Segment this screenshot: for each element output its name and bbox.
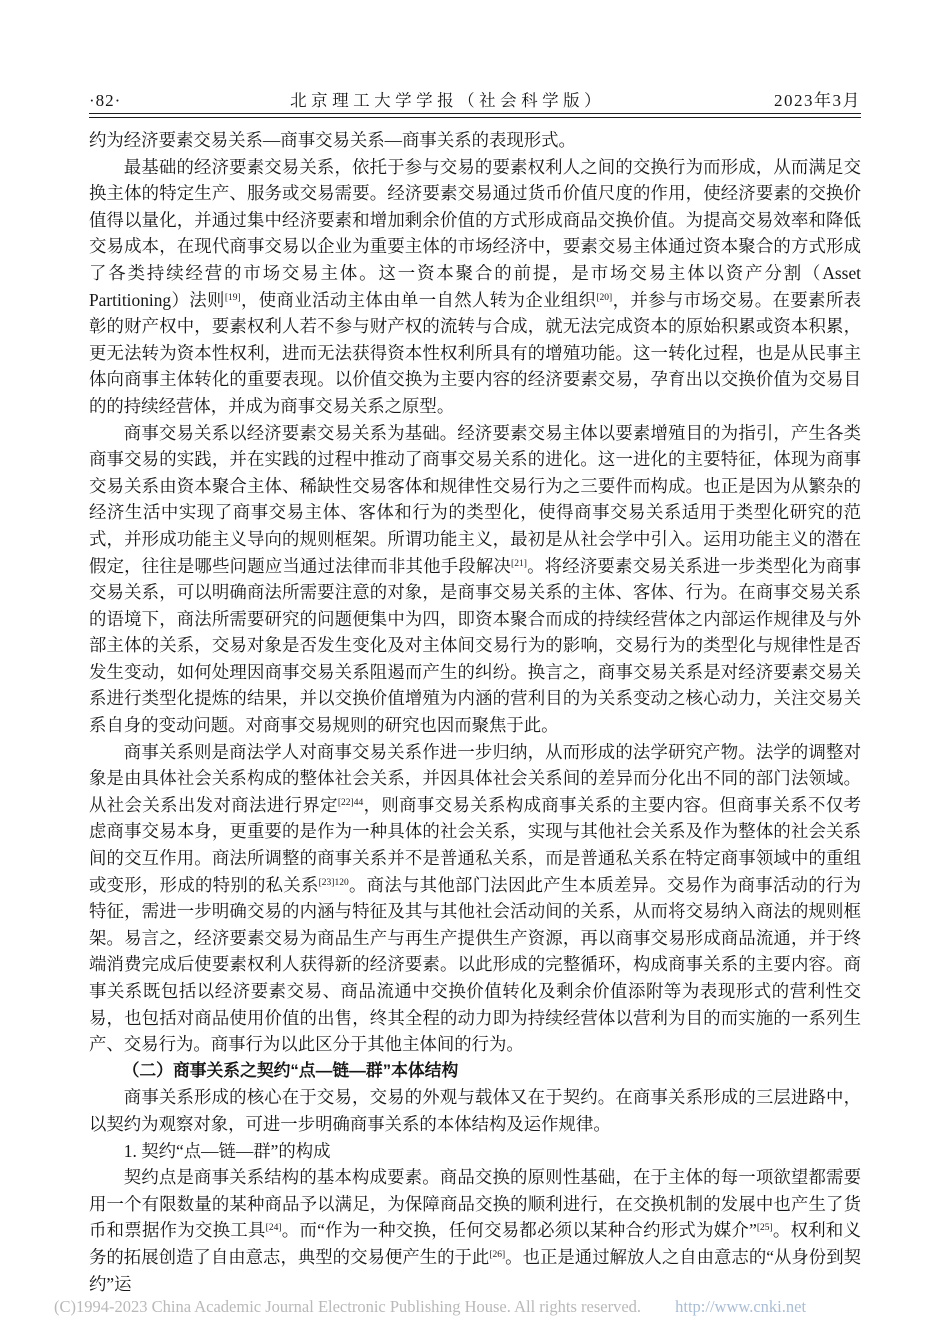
section-heading: （二）商事关系之契约“点—链—群”本体结构 <box>89 1058 861 1085</box>
running-head: ·82· 北京理工大学学报（社会科学版） 2023年3月 <box>89 86 861 111</box>
paragraph: 最基础的经济要素交易关系，依托于参与交易的要素权利人之间的交换行为而形成，从而满… <box>89 154 861 420</box>
citation-ref: [22]44 <box>338 798 363 808</box>
cnki-url-link[interactable]: http://www.cnki.net <box>675 1297 806 1316</box>
subsection-heading: 1. 契约“点—链—群”的构成 <box>89 1138 861 1165</box>
paragraph: 商事关系则是商法学人对商事交易关系作进一步归纳，从而形成的法学研究产物。法学的调… <box>89 739 861 1058</box>
citation-ref: [20] <box>596 293 612 303</box>
citation-ref: [26] <box>489 1250 505 1260</box>
citation-ref: [25] <box>757 1223 773 1233</box>
paragraph-continuation: 约为经济要素交易关系—商事交易关系—商事关系的表现形式。 <box>89 127 861 154</box>
citation-ref: [19] <box>225 293 241 303</box>
journal-page: ·82· 北京理工大学学报（社会科学版） 2023年3月 约为经济要素交易关系—… <box>0 0 950 1344</box>
citation-ref: [24] <box>266 1223 282 1233</box>
paragraph: 商事关系形成的核心在于交易，交易的外观与载体又在于契约。在商事关系形成的三层进路… <box>89 1084 861 1137</box>
copyright-text: (C)1994-2023 China Academic Journal Elec… <box>54 1297 641 1316</box>
paragraph: 商事交易关系以经济要素交易关系为基础。经济要素交易主体以要素增殖目的为指引，产生… <box>89 420 861 739</box>
header-double-rule <box>89 113 861 118</box>
journal-title: 北京理工大学学报（社会科学版） <box>290 87 605 111</box>
article-body: 约为经济要素交易关系—商事交易关系—商事关系的表现形式。最基础的经济要素交易关系… <box>89 127 861 1297</box>
issue-date: 2023年3月 <box>774 86 861 111</box>
paragraph: 契约点是商事关系结构的基本构成要素。商品交换的原则性基础，在于主体的每一项欲望都… <box>89 1164 861 1297</box>
citation-ref: [23]120 <box>319 878 349 888</box>
page-number: ·82· <box>89 91 121 111</box>
copyright-footer: (C)1994-2023 China Academic Journal Elec… <box>54 1297 914 1317</box>
citation-ref: [21] <box>511 559 527 569</box>
